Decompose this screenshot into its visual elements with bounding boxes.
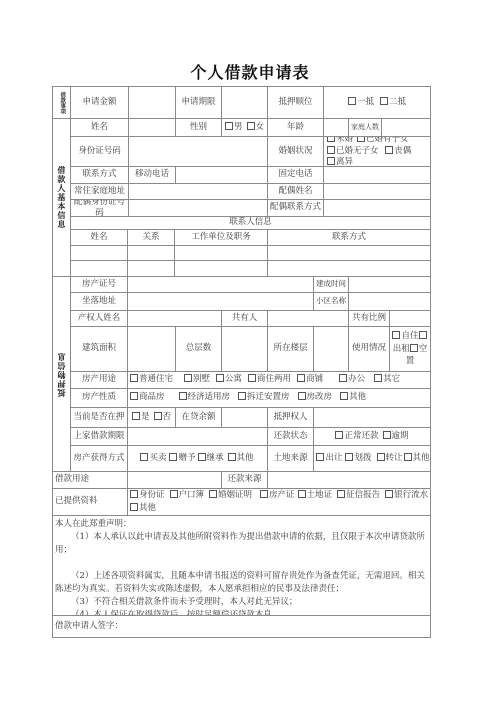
checkbox-icon — [130, 490, 138, 498]
checkbox-rented[interactable]: 出租 — [393, 344, 410, 354]
checkbox-use-other[interactable]: 其它 — [374, 374, 400, 385]
checkbox-married-with-children[interactable]: 已婚有子女 — [357, 136, 409, 146]
loan-term-field[interactable] — [221, 86, 268, 119]
acquisition-method-options: 买卖 赠予 继承 其他 — [127, 445, 268, 472]
contacts-col-name: 姓名 — [70, 229, 128, 246]
checkbox-icon — [298, 490, 306, 498]
checkbox-purchase[interactable]: 买卖 — [140, 453, 166, 464]
checkbox-vacant-icon[interactable] — [410, 344, 418, 352]
checkbox-icon — [238, 392, 246, 400]
mortgage-order-options: 一抵 二抵 — [323, 86, 431, 119]
checkbox-reform-housing[interactable]: 房改房 — [298, 392, 333, 403]
checkbox-icon — [260, 490, 268, 498]
checkbox-icon — [380, 97, 388, 105]
floor-label: 所在楼层 — [267, 326, 314, 372]
currently-pledged-options: 是 否 — [127, 407, 176, 428]
land-source-options: 出让划拨转让其他 — [313, 445, 431, 472]
contact-row-2-employer[interactable] — [174, 260, 268, 277]
property-use-label: 房产用途 — [70, 371, 128, 389]
location-field[interactable] — [127, 292, 314, 311]
checkbox-icon — [130, 503, 138, 511]
checkbox-mixed-use[interactable]: 商住两用 — [248, 374, 291, 385]
property-use-options: 普通住宅 别墅 公寓 商住两用 商铺 办公 其它 — [127, 371, 431, 389]
section-label-loan-matters: 借款事项 — [52, 86, 71, 119]
checkbox-nature-other[interactable]: 其他 — [340, 392, 366, 403]
share-ratio-label: 共有比例 — [348, 310, 390, 327]
checkbox-icon — [247, 122, 255, 130]
loan-purpose-label: 借款用途 — [52, 471, 128, 489]
declaration-item-3: （3）不符合相关借款条件而未予受理时，本人对此无异议； — [55, 596, 428, 609]
community-label: 小区名称 — [313, 292, 349, 311]
property-nature-label: 房产性质 — [70, 388, 128, 408]
checkbox-affordable-housing[interactable]: 经济适用房 — [179, 392, 231, 403]
age-label: 年龄 — [267, 118, 324, 137]
checkbox-unmarried[interactable]: 未婚 — [327, 136, 353, 146]
owner-name-field[interactable] — [127, 310, 222, 327]
contacts-col-employer: 工作单位及职务 — [174, 229, 268, 246]
checkbox-icon — [248, 374, 256, 382]
checkbox-land-allocation[interactable]: 划拨 — [345, 452, 371, 465]
mobile-label: 移动电话 — [128, 166, 176, 184]
checkbox-icon — [209, 490, 217, 498]
checkbox-bank-statement[interactable]: 银行流水 — [385, 490, 428, 500]
checkbox-icon — [327, 136, 335, 142]
checkbox-icon — [374, 374, 382, 382]
checkbox-second-mortgage[interactable]: 二抵 — [380, 97, 406, 108]
property-cert-label: 房产证号 — [70, 276, 128, 293]
checkbox-icon — [228, 453, 236, 461]
home-address-field[interactable] — [128, 183, 268, 200]
checkbox-land-other[interactable]: 其他 — [404, 453, 430, 463]
checkbox-marriage-cert[interactable]: 婚姻证明 — [209, 489, 252, 502]
co-owner-field[interactable] — [267, 310, 349, 327]
checkbox-commercial-housing[interactable]: 商品房 — [130, 392, 165, 403]
section-label-collateral-info: 抵押物信息 — [52, 276, 71, 472]
checkbox-residential[interactable]: 普通住宅 — [130, 374, 173, 385]
name-field[interactable] — [128, 118, 176, 137]
family-size-field[interactable] — [381, 118, 431, 137]
loan-balance-field[interactable] — [221, 407, 268, 428]
applicant-signature-field[interactable]: 借款申请人签字： — [52, 615, 431, 638]
id-number-label: 身份证号码 — [70, 136, 129, 167]
checkbox-icon — [357, 136, 365, 142]
checkbox-property-cert[interactable]: 房产证 — [260, 489, 295, 502]
checkbox-icon — [130, 374, 138, 382]
spouse-contact-field[interactable] — [323, 199, 431, 217]
checkbox-icon — [225, 122, 233, 130]
total-floors-field[interactable] — [221, 326, 268, 372]
page-title: 个人借款申请表 — [0, 60, 500, 83]
checkbox-self-occupied[interactable]: 自住 — [392, 331, 418, 341]
previous-loan-term-label: 上家借款期限 — [70, 427, 128, 446]
checkbox-female[interactable]: 女 — [247, 122, 265, 133]
checkbox-icon — [377, 453, 385, 461]
gender-options: 男 女 — [221, 118, 268, 137]
provided-materials-label: 已提供资料 — [52, 488, 128, 516]
owner-name-label: 产权人姓名 — [70, 310, 128, 327]
applicant-signature-label: 借款申请人签字： — [55, 621, 123, 632]
checkbox-icon — [404, 453, 412, 461]
landline-label: 固定电话 — [267, 166, 324, 184]
spouse-name-label: 配偶姓名 — [267, 183, 324, 200]
share-ratio-field[interactable] — [389, 310, 431, 327]
property-nature-options: 商品房 经济适用房 拆迁安置房 房改房 其他 — [127, 388, 431, 408]
checkbox-gift[interactable]: 赠予 — [169, 453, 195, 464]
family-size-label: 家庭人数 — [348, 118, 382, 137]
home-address-label: 常住家庭地址 — [70, 183, 129, 200]
checkbox-icon — [385, 146, 393, 154]
contact-row-2-name[interactable] — [70, 260, 128, 277]
checkbox-office[interactable]: 办公 — [339, 374, 365, 385]
checkbox-icon — [297, 374, 305, 382]
checkbox-icon — [130, 392, 138, 400]
checkbox-widowed[interactable]: 丧偶 — [385, 146, 411, 157]
checkbox-icon — [339, 374, 347, 382]
checkbox-icon — [392, 331, 400, 339]
checkbox-icon — [198, 453, 206, 461]
building-area-field[interactable] — [127, 326, 176, 372]
building-area-label: 建筑面积 — [70, 326, 128, 372]
currently-pledged-label: 当前是否在押 — [70, 407, 128, 428]
declaration-item-1: （1）本人承认以此申请表及其他所附资料作为提出借款申请的依据，且仅限于本次申请贷… — [55, 531, 428, 557]
checkbox-credit-report[interactable]: 征信报告 — [337, 489, 380, 502]
checkbox-icon — [298, 392, 306, 400]
contact-row-1-relation[interactable] — [127, 245, 175, 261]
checkbox-pledged-yes[interactable]: 是 — [132, 412, 150, 423]
marital-status-label: 婚姻状况 — [267, 136, 324, 167]
checkbox-normal-repayment[interactable]: 正常还款 — [335, 431, 378, 442]
property-cert-field[interactable] — [127, 276, 314, 293]
checkbox-icon — [337, 490, 345, 498]
checkbox-married-no-children[interactable]: 已婚无子女 — [327, 146, 379, 157]
loan-amount-field[interactable] — [128, 86, 176, 119]
usage-status-label: 使用情况 — [348, 326, 390, 372]
spouse-id-field[interactable] — [128, 199, 268, 217]
checkbox-icon — [184, 374, 192, 382]
marital-status-options: 未婚已婚有子女已婚无子女 丧偶离异 — [323, 136, 431, 167]
contact-row-2-relation[interactable] — [127, 260, 175, 277]
loan-amount-label: 申请金额 — [70, 86, 129, 119]
repay-status-options: 正常还款 逾期 — [313, 427, 431, 446]
spouse-name-field[interactable] — [323, 183, 431, 200]
mortgage-order-label: 抵押顺位 — [267, 86, 324, 119]
checkbox-land-resale[interactable]: 转让 — [377, 452, 403, 465]
declaration-item-2: （2）上述各项资料属实，且随本申请书报送的资料可留存贵处作为备查凭证，无需退回。… — [55, 570, 428, 596]
contact-row-1-phone[interactable] — [267, 245, 431, 261]
total-floors-label: 总层数 — [175, 326, 222, 372]
checkbox-icon — [327, 146, 335, 154]
checkbox-male[interactable]: 男 — [225, 122, 243, 133]
land-source-label: 土地来源 — [267, 445, 314, 472]
checkbox-icon — [132, 412, 140, 420]
checkbox-icon — [348, 97, 356, 105]
checkbox-icon — [170, 490, 178, 498]
checkbox-icon — [335, 431, 343, 439]
mortgagee-field[interactable] — [313, 407, 431, 428]
co-owner-label: 共有人 — [221, 310, 268, 327]
checkbox-icon — [345, 453, 353, 461]
built-year-label: 建成时间 — [313, 276, 349, 293]
floor-field[interactable] — [313, 326, 349, 372]
loan-term-label: 申请期限 — [175, 86, 222, 119]
checkbox-rented-icon[interactable] — [419, 331, 427, 339]
checkbox-land-transfer-sale[interactable]: 出让 — [316, 452, 342, 465]
repayment-source-label: 还款来源 — [221, 471, 268, 489]
checkbox-land-cert[interactable]: 土地证 — [298, 489, 333, 502]
contact-row-1-name[interactable] — [70, 245, 128, 261]
checkbox-icon — [154, 412, 162, 420]
built-year-field[interactable] — [348, 276, 431, 293]
repayment-source-field[interactable] — [267, 471, 431, 489]
checkbox-relocation-housing[interactable]: 拆迁安置房 — [238, 392, 290, 403]
checkbox-icon — [383, 431, 391, 439]
checkbox-acquire-other[interactable]: 其他 — [228, 453, 254, 464]
contact-label: 联系方式 — [70, 166, 129, 184]
checkbox-first-mortgage[interactable]: 一抵 — [348, 97, 374, 108]
contacts-header: 联系人信息 — [70, 216, 431, 230]
section-label-borrower-info: 借款人基本信息 — [52, 118, 71, 277]
checkbox-inheritance[interactable]: 继承 — [198, 453, 224, 464]
checkbox-pledged-no[interactable]: 否 — [154, 412, 172, 423]
loan-purpose-field[interactable] — [127, 471, 222, 489]
community-field[interactable] — [348, 292, 431, 311]
checkbox-overdue[interactable]: 逾期 — [383, 431, 409, 442]
previous-loan-term-field[interactable] — [127, 427, 268, 446]
checkbox-icon — [316, 453, 324, 461]
repay-status-label: 还款状态 — [267, 427, 314, 446]
checkbox-icon — [169, 453, 177, 461]
checkbox-household-register[interactable]: 户口簿 — [170, 489, 205, 502]
checkbox-icon — [140, 453, 148, 461]
checkbox-icon — [340, 392, 348, 400]
checkbox-icon — [179, 392, 187, 400]
id-number-field[interactable] — [128, 136, 268, 167]
provided-materials-options: 身份证户口簿婚姻证明房产证土地证征信报告银行流水 其他 — [127, 488, 431, 516]
checkbox-icon — [327, 157, 335, 165]
checkbox-icon — [216, 374, 224, 382]
declaration-heading: 本人在此郑重声明： — [55, 518, 428, 531]
loan-balance-label: 在贷余额 — [175, 407, 222, 428]
checkbox-shop[interactable]: 商铺 — [297, 374, 323, 385]
contact-row-2-phone[interactable] — [267, 260, 431, 277]
mobile-field[interactable] — [175, 166, 268, 184]
age-field[interactable] — [323, 118, 349, 137]
checkbox-id-card[interactable]: 身份证 — [130, 489, 165, 502]
mortgagee-label: 抵押权人 — [267, 407, 314, 428]
checkbox-icon — [385, 490, 393, 498]
contacts-col-relation: 关系 — [127, 229, 175, 246]
acquisition-method-label: 房产获得方式 — [70, 445, 128, 472]
checkbox-apartment[interactable]: 公寓 — [216, 374, 242, 385]
location-label: 坐落地址 — [70, 292, 128, 311]
spouse-contact-label: 配偶联系方式 — [267, 199, 324, 217]
gender-label: 性别 — [175, 118, 222, 137]
contact-row-1-employer[interactable] — [174, 245, 268, 261]
landline-field[interactable] — [323, 166, 431, 184]
checkbox-villa[interactable]: 别墅 — [184, 374, 210, 385]
declaration-block: 本人在此郑重声明： （1）本人承认以此申请表及其他所附资料作为提出借款申请的依据… — [52, 515, 431, 616]
usage-status-options: 自住 出租空置 — [389, 326, 431, 372]
checkbox-materials-other[interactable]: 其他 — [130, 502, 156, 515]
contacts-col-phone: 联系方式 — [267, 229, 431, 246]
spouse-id-label: 配偶身份证号码 — [70, 199, 129, 217]
name-label: 姓名 — [70, 118, 129, 137]
